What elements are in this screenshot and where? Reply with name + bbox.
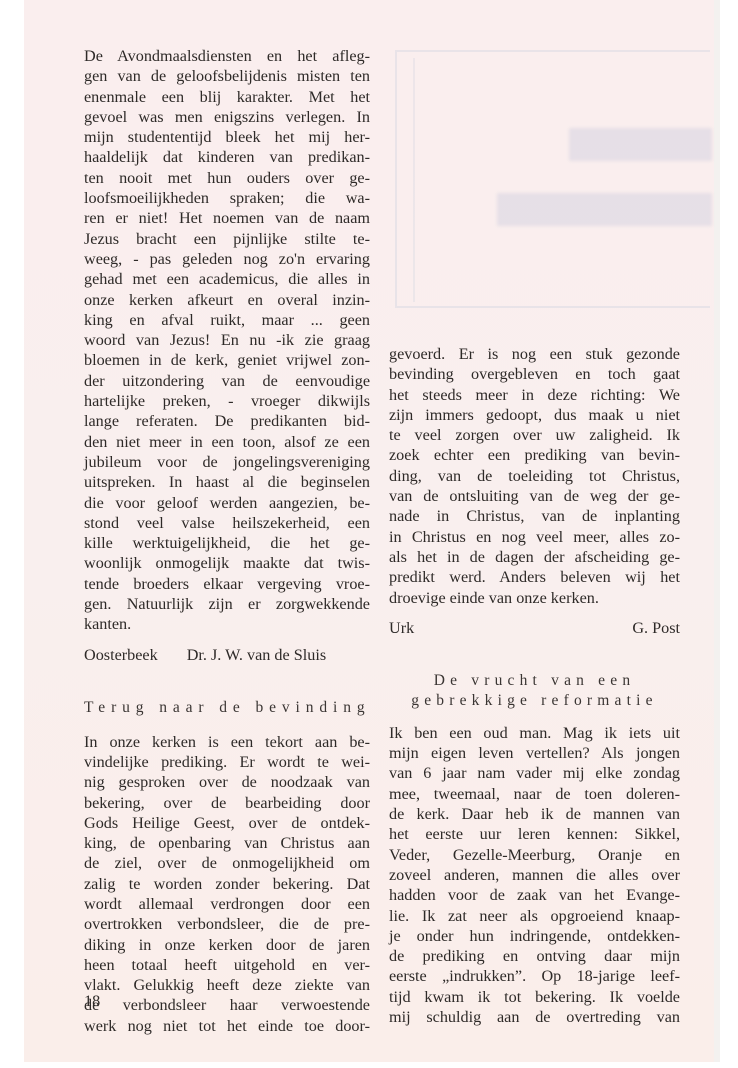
text-line: weeg, - pas geleden nog zo'n ervaring [84, 249, 370, 269]
right-column: gevoerd. Er is nog een stuk gezondebevin… [389, 344, 680, 1027]
text-line: Veder, Gezelle-Meerburg, Oranje en [389, 845, 680, 865]
text-line: hadden voor de zaak van het Evange- [389, 885, 680, 905]
heading-line: gebrekkige reformatie [389, 691, 680, 711]
text-line: het steeds meer in deze richting: We [389, 385, 680, 405]
text-line: stond veel valse heilszekerheid, een [84, 513, 370, 533]
text-line: hartelijke preken, - vroeger dikwijls [84, 391, 370, 411]
text-line: der uitzondering van de eenvoudige [84, 371, 370, 391]
text-line: bevinding overgebleven en toch gaat [389, 364, 680, 384]
text-line: werk nog niet tot het einde toe door- [84, 1016, 370, 1036]
left-column: De Avondmaalsdiensten en het afleg-gen v… [84, 46, 370, 1036]
signature-place: Oosterbeek [84, 645, 158, 665]
text-line: jubileum voor de jongelingsvereniging [84, 452, 370, 472]
text-line: mee, tweemaal, naar de toen doleren- [389, 784, 680, 804]
text-line: enenmale een blij karakter. Met het [84, 87, 370, 107]
text-line: nig gesproken over de noodzaak van [84, 772, 370, 792]
text-line: vindelijke prediking. Er wordt te wei- [84, 752, 370, 772]
text-line: haaldelijk dat kinderen van predikan- [84, 147, 370, 167]
signature-author: G. Post [632, 618, 680, 638]
text-line: mijn eigen leven vertellen? Als jongen [389, 743, 680, 763]
intro-paragraph: De Avondmaalsdiensten en het afleg-gen v… [84, 46, 370, 635]
text-line: predikt werd. Anders beleven wij het [389, 567, 680, 587]
text-line: ren er niet! Het noemen van de naam [84, 208, 370, 228]
text-line: de ziel, over de onmogelijkheid om [84, 853, 370, 873]
text-line: zoek echter een prediking van bevin- [389, 445, 680, 465]
text-line: uitspreken. In haast al die beginselen [84, 472, 370, 492]
text-line: die voor geloof werden aangezien, be- [84, 493, 370, 513]
text-line: bloemen in de kerk, geniet vrijwel zon- [84, 350, 370, 370]
text-line: gevoel was men enigszins verlegen. In [84, 107, 370, 127]
text-line: eerste „indrukken”. Op 18-jarige leef- [389, 966, 680, 986]
text-line: je onder hun indringende, ontdekken- [389, 926, 680, 946]
heading-line: De vrucht van een [389, 671, 680, 691]
bleed-through-box [395, 50, 710, 308]
text-line: bekering, over de bearbeiding door [84, 793, 370, 813]
text-line: heen totaal heeft uitgehold en ver- [84, 955, 370, 975]
text-line: gehad met een academicus, die alles in [84, 269, 370, 289]
text-line: gevoerd. Er is nog een stuk gezonde [389, 344, 680, 364]
text-line: lie. Ik zat neer als opgroeiend knaap- [389, 906, 680, 926]
text-line: ten nooit met hun ouders over ge- [84, 168, 370, 188]
bleed-through-text-line [569, 128, 712, 161]
text-line: zalig te worden zonder bekering. Dat [84, 874, 370, 894]
page-number: 18 [84, 991, 100, 1011]
text-line: wordt allemaal verdrongen door een [84, 894, 370, 914]
text-line: gen. Natuurlijk zijn er zorgwekkende [84, 594, 370, 614]
text-line: Jezus bracht een pijnlijke stilte te- [84, 229, 370, 249]
signature-author: Dr. J. W. van de Sluis [187, 645, 326, 665]
text-line: ding, van de toeleiding tot Christus, [389, 466, 680, 486]
text-line: gen van de geloofsbelijdenis misten ten [84, 66, 370, 86]
text-line: mijn studententijd bleek het mij her- [84, 127, 370, 147]
text-line: droevige einde van onze kerken. [389, 588, 680, 608]
text-line: onze kerken afkeurt en overal inzin- [84, 290, 370, 310]
text-line: het eerste uur leren kennen: Sikkel, [389, 824, 680, 844]
bleed-through-text-line [497, 193, 712, 226]
text-line: tijd kwam ik tot bekering. Ik voelde [389, 987, 680, 1007]
text-line: Gods Heilige Geest, over de ontdek- [84, 813, 370, 833]
text-line: mij schuldig aan de overtreding van [389, 1007, 680, 1027]
text-line: als het in de dagen der afscheiding ge- [389, 547, 680, 567]
text-line: king en afval ruikt, maar ... geen [84, 310, 370, 330]
page-edge [714, 0, 720, 1062]
text-line: De Avondmaalsdiensten en het afleg- [84, 46, 370, 66]
text-line: woord van Jezus! En nu -ik zie graag [84, 330, 370, 350]
text-line: king, de openbaring van Christus aan [84, 833, 370, 853]
text-line: te veel zorgen over uw zaligheid. Ik [389, 425, 680, 445]
text-line: woonlijk onmogelijk maakte dat twis- [84, 553, 370, 573]
signature-post: Urk G. Post [389, 618, 680, 638]
bevinding-paragraph: In onze kerken is een tekort aan be-vind… [84, 732, 370, 1036]
text-line: loofsmoeilijkheden spraken; die wa- [84, 188, 370, 208]
signature-place: Urk [389, 618, 414, 638]
text-line: den niet meer in een toon, alsof ze een [84, 432, 370, 452]
section-heading-de-vrucht: De vrucht van een gebrekkige reformatie [389, 671, 680, 711]
text-line: de prediking en ontving daar mijn [389, 946, 680, 966]
text-line: kanten. [84, 614, 370, 634]
text-line: lange referaten. De predikanten bid- [84, 411, 370, 431]
section-heading-terug-naar-de-bevinding: Terug naar de bevinding [84, 698, 370, 718]
text-line: overtrokken verbondsleer, die de pre- [84, 914, 370, 934]
text-line: de verbondsleer haar verwoestende [84, 995, 370, 1015]
text-line: kille werktuigelijkheid, die het ge- [84, 533, 370, 553]
signature-van-de-sluis: Oosterbeek Dr. J. W. van de Sluis [84, 645, 370, 665]
text-line: de kerk. Daar heb ik de mannen van [389, 804, 680, 824]
text-line: nade in Christus, van de inplanting [389, 506, 680, 526]
text-line: zijn immers gedoopt, dus maak u niet [389, 405, 680, 425]
text-line: van de ontsluiting van de weg der ge- [389, 486, 680, 506]
reformatie-paragraph: Ik ben een oud man. Mag ik iets uitmijn … [389, 723, 680, 1027]
continuation-paragraph: gevoerd. Er is nog een stuk gezondebevin… [389, 344, 680, 608]
text-line: van 6 jaar nam vader mij elke zondag [389, 763, 680, 783]
text-line: Ik ben een oud man. Mag ik iets uit [389, 723, 680, 743]
text-line: In onze kerken is een tekort aan be- [84, 732, 370, 752]
text-line: diking in onze kerken door de jaren [84, 935, 370, 955]
text-line: vlakt. Gelukkig heeft deze ziekte van [84, 975, 370, 995]
text-line: zoveel anderen, mannen die alles over [389, 865, 680, 885]
text-line: in Christus en nog veel meer, alles zo- [389, 527, 680, 547]
text-line: tende broeders elkaar vergeving vroe- [84, 574, 370, 594]
